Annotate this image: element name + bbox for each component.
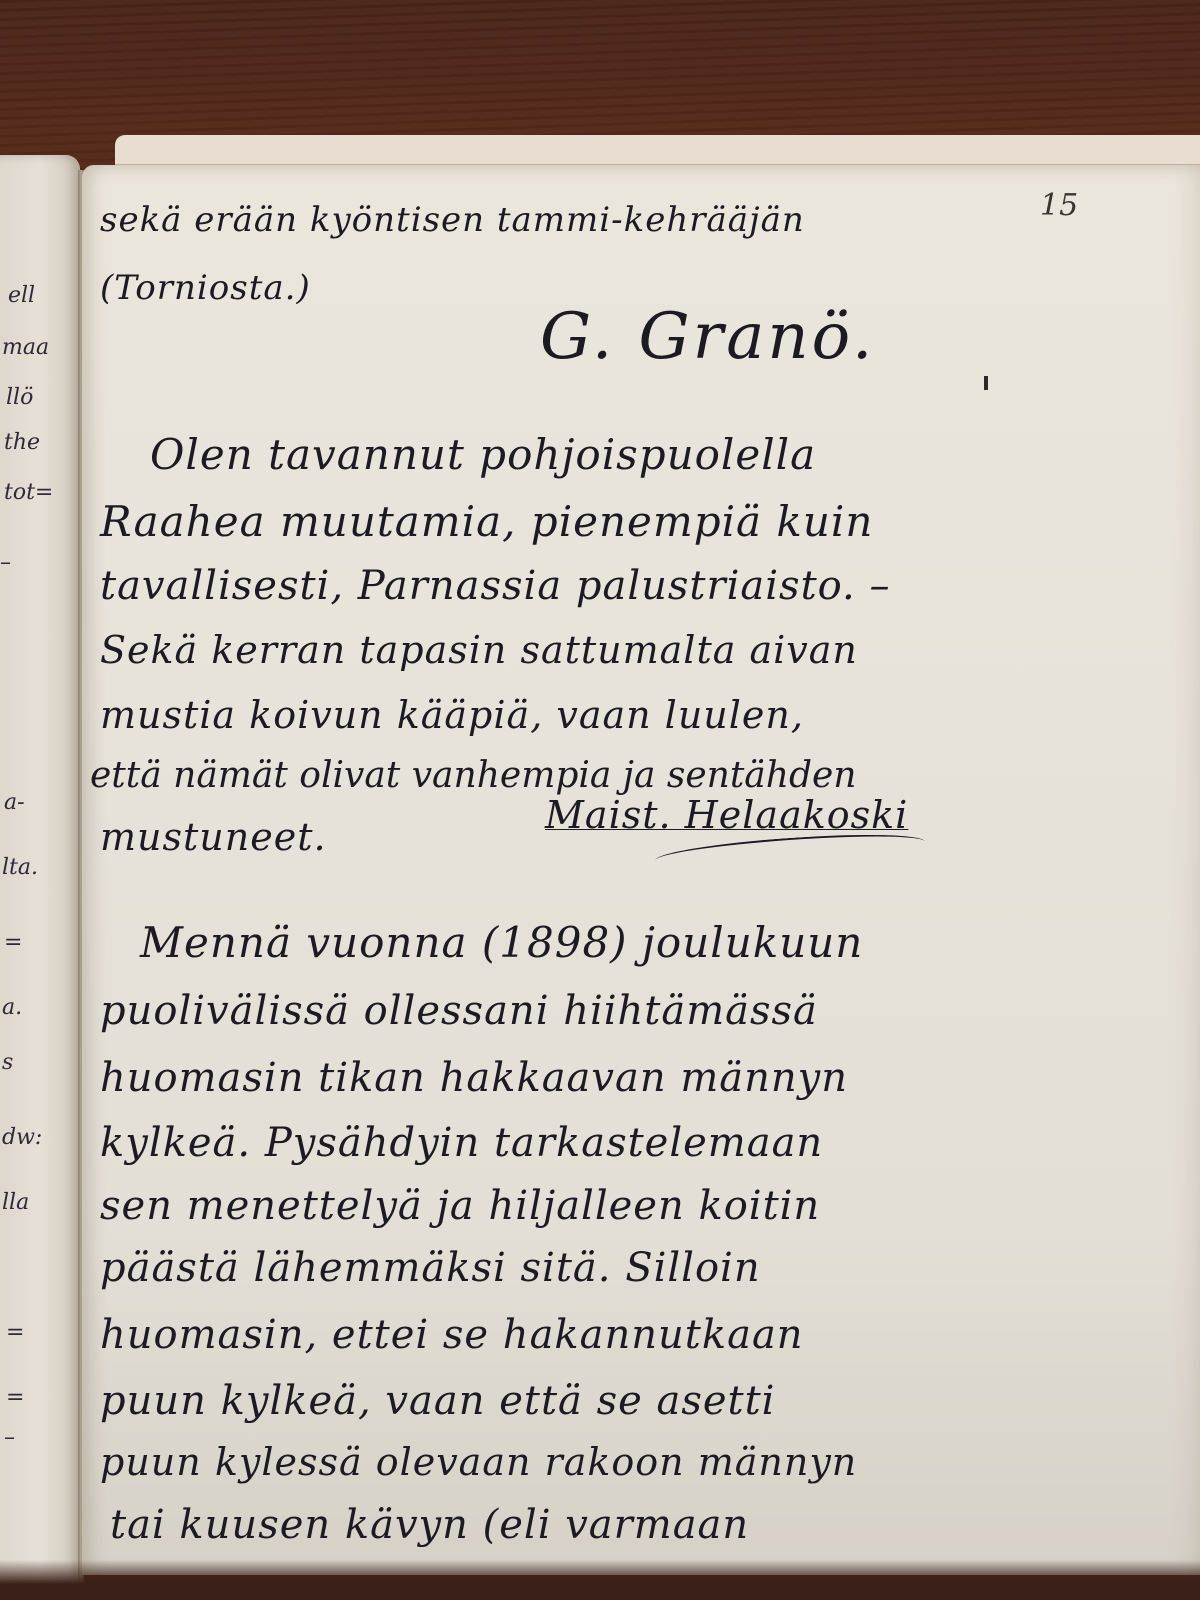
left-page-text: = bbox=[4, 930, 22, 955]
paragraph-line: mustuneet. bbox=[100, 815, 327, 859]
left-page-text: = bbox=[6, 1385, 24, 1410]
entry-author-heading: G. Granö. bbox=[540, 300, 875, 374]
bottom-edge-shadow bbox=[0, 1560, 1200, 1600]
left-page-text: lla bbox=[2, 1190, 29, 1215]
signature: Maist. Helaakoski bbox=[545, 793, 908, 837]
paragraph-line: puun kylessä olevaan rakoon männyn bbox=[100, 1440, 857, 1484]
left-page-text: a. bbox=[2, 995, 22, 1020]
right-page bbox=[82, 165, 1200, 1575]
continuation-line: sekä erään kyöntisen tammi-kehrääjän bbox=[100, 200, 805, 240]
continuation-line: (Torniosta.) bbox=[100, 268, 311, 308]
paragraph-line: sen menettelyä ja hiljalleen koitin bbox=[100, 1183, 820, 1229]
left-page-text: s bbox=[2, 1050, 13, 1075]
ink-mark bbox=[984, 376, 988, 390]
paragraph-line: puolivälissä ollessani hiihtämässä bbox=[100, 988, 818, 1034]
left-page-text: – bbox=[4, 1425, 15, 1450]
paragraph-line: tai kuusen kävyn (eli varmaan bbox=[110, 1502, 749, 1548]
left-page-text: tot= bbox=[4, 480, 53, 505]
left-page-text: lta. bbox=[2, 855, 38, 880]
paragraph-line: Olen tavannut pohjoispuolella bbox=[150, 430, 816, 479]
paragraph-line: että nämät olivat vanhempia ja sentähden bbox=[90, 755, 856, 796]
page-number: 15 bbox=[1040, 188, 1078, 223]
left-page-text: ell bbox=[8, 283, 35, 308]
left-page-fragment: ell maa llö the tot= – a- lta. = a. s dw… bbox=[0, 155, 80, 1600]
paragraph-line: Mennä vuonna (1898) joulukuun bbox=[140, 918, 863, 967]
paragraph-line: Sekä kerran tapasin sattumalta aivan bbox=[100, 628, 858, 672]
paragraph-line: mustia koivun kääpiä, vaan luulen, bbox=[100, 693, 804, 737]
paragraph-line: päästä lähemmäksi sitä. Silloin bbox=[100, 1245, 761, 1291]
paragraph-line: huomasin tikan hakkaavan männyn bbox=[100, 1055, 848, 1101]
left-page-text: = bbox=[6, 1320, 24, 1345]
left-page-text: a- bbox=[4, 790, 25, 815]
left-page-text: llö bbox=[6, 385, 33, 410]
left-page-text: maa bbox=[2, 335, 49, 360]
paragraph-line: huomasin, ettei se hakannutkaan bbox=[100, 1312, 804, 1358]
paragraph-line: kylkeä. Pysähdyin tarkastelemaan bbox=[100, 1120, 823, 1166]
left-page-text: – bbox=[0, 550, 11, 575]
paragraph-line: tavallisesti, Parnassia palustriaisto. – bbox=[100, 563, 890, 609]
notebook-page-stack-edge bbox=[115, 135, 1200, 165]
left-page-text: the bbox=[4, 430, 40, 455]
paragraph-line: puun kylkeä, vaan että se asetti bbox=[100, 1378, 775, 1424]
left-page-text: dw: bbox=[2, 1125, 42, 1150]
paragraph-line: Raahea muutamia, pienempiä kuin bbox=[100, 497, 873, 546]
